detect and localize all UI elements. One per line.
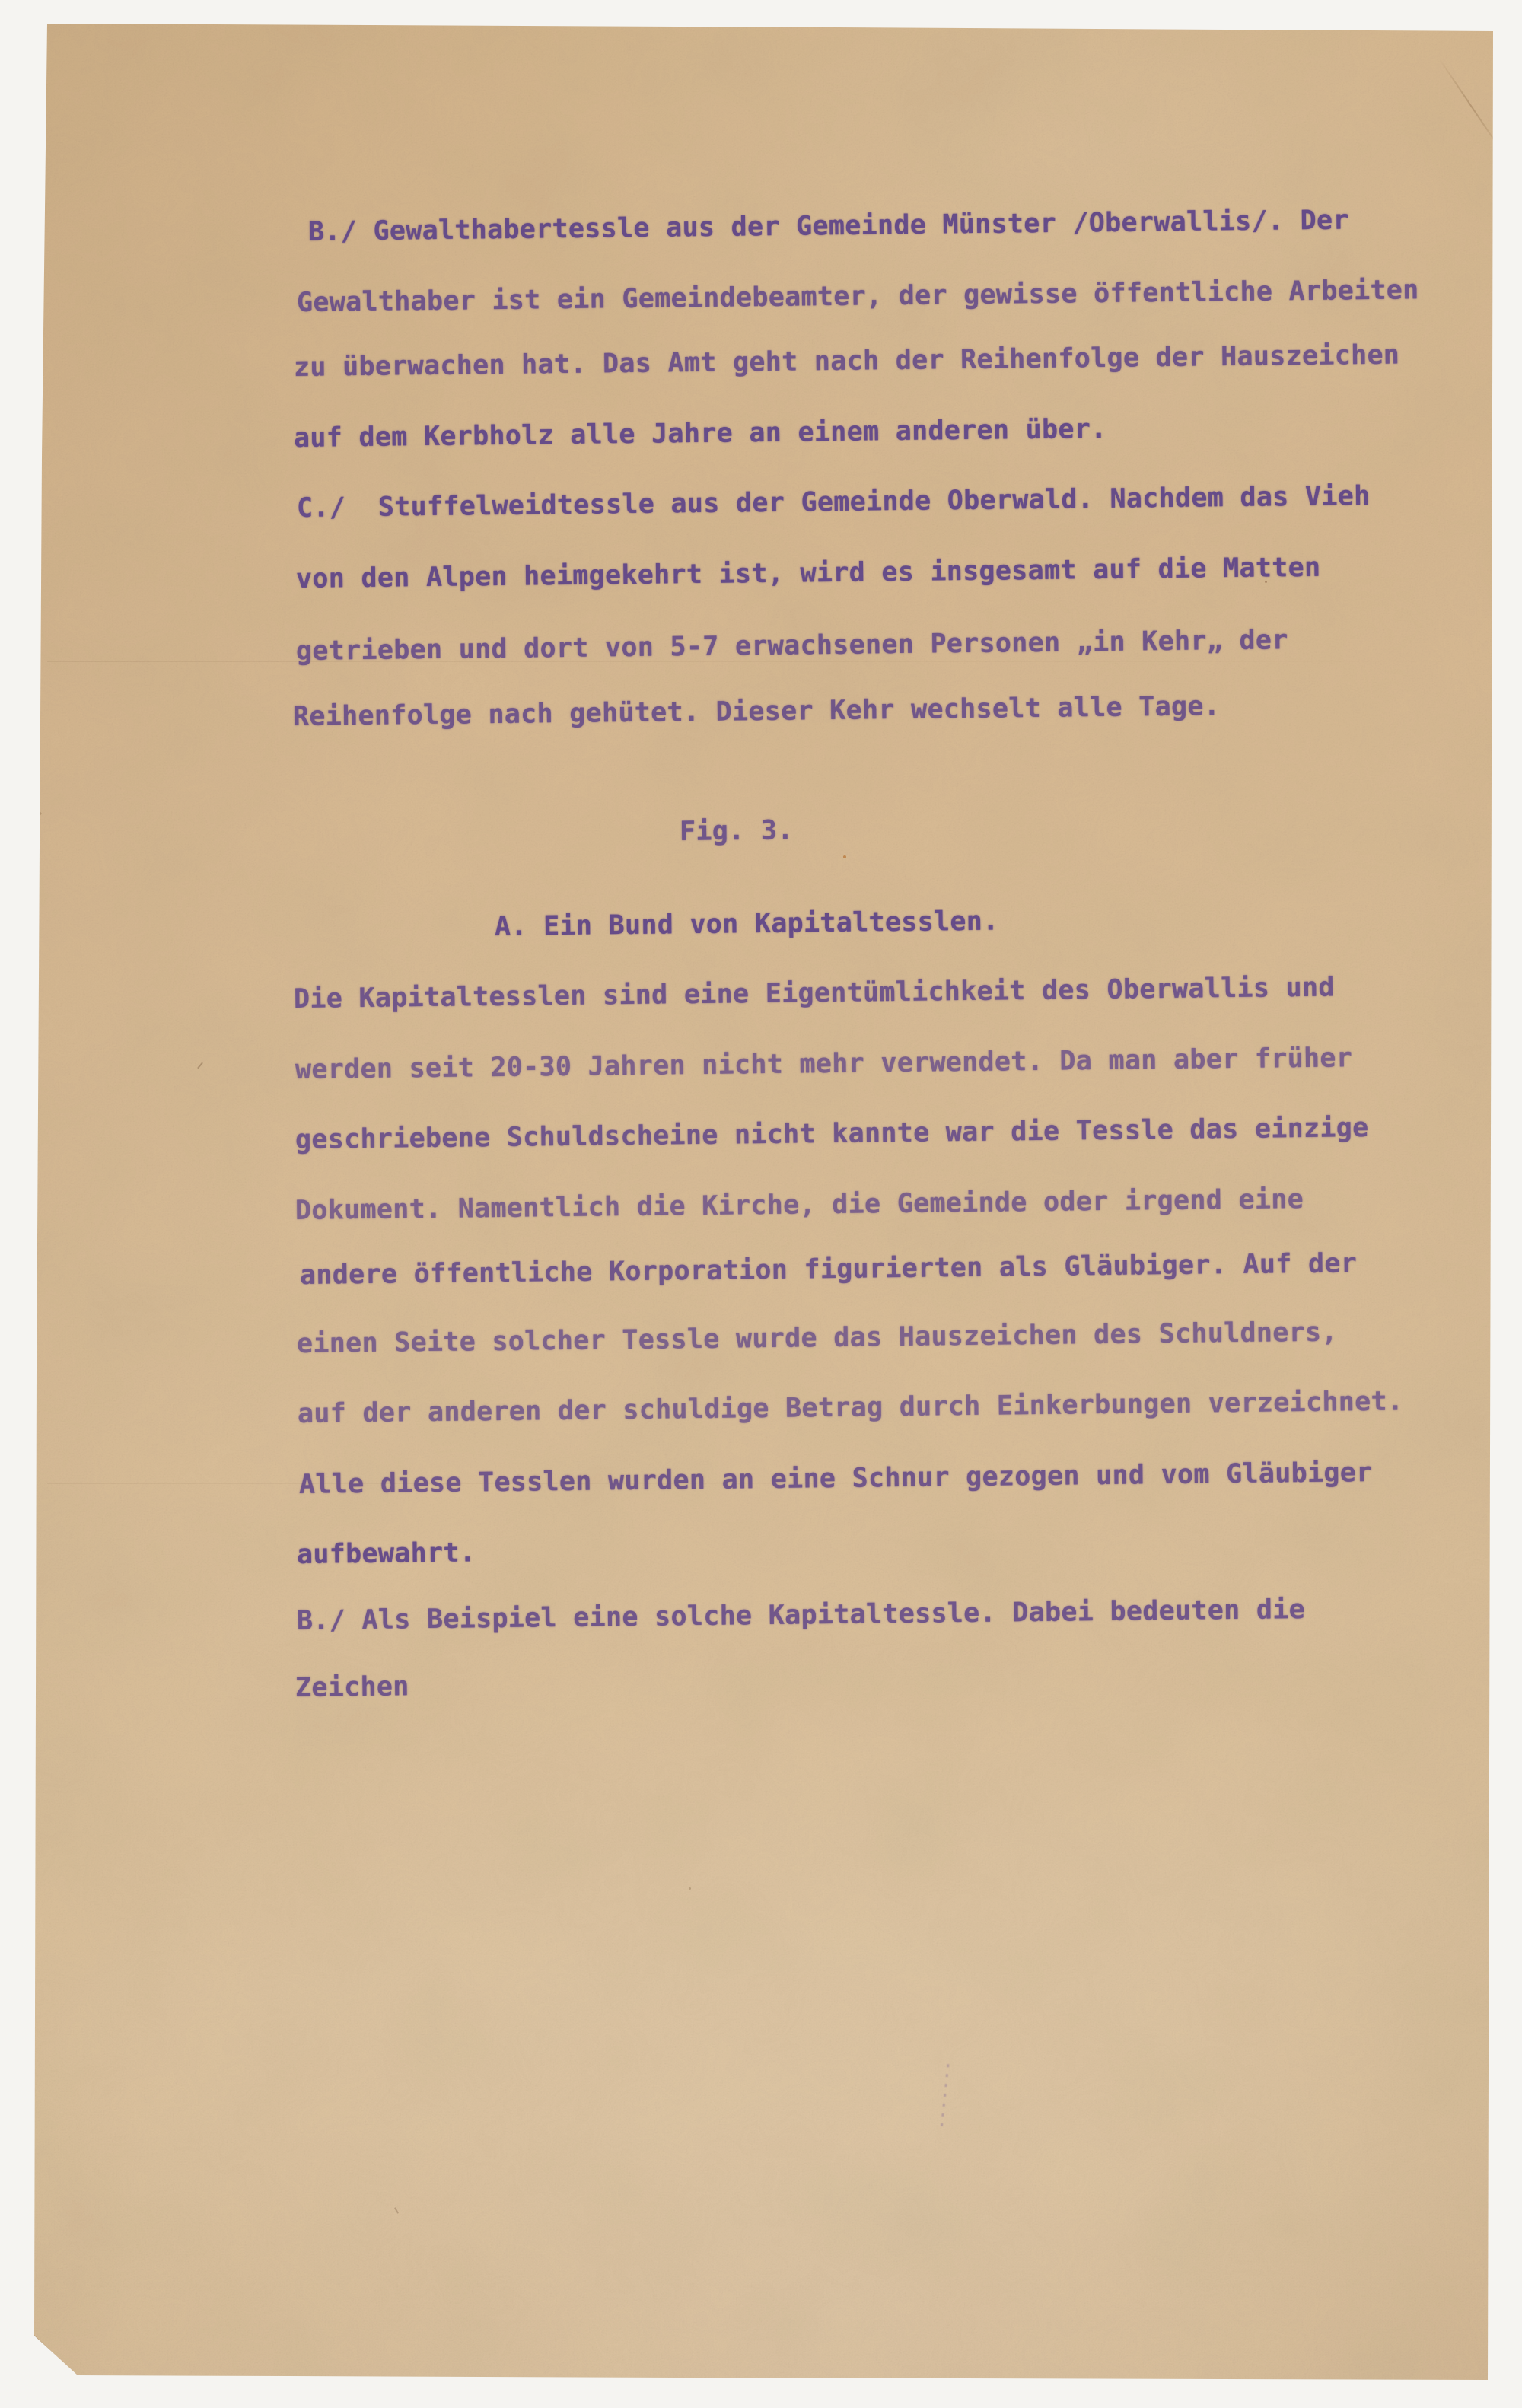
paper-sheet: B./ Gewalthabertessle aus der Gemeinde M… — [0, 0, 1522, 2408]
scanned-document-page: { "scan": { "backdrop_color": "#f5f4f1",… — [0, 0, 1522, 2408]
paper-grain-texture — [0, 0, 1522, 2408]
